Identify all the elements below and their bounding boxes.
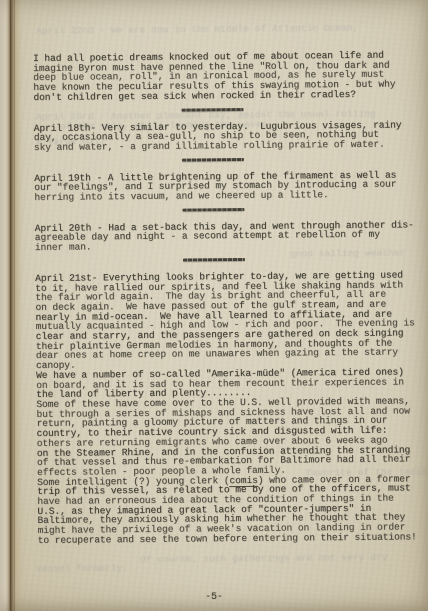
typed-divider-rule [182, 208, 244, 212]
binding-crease [14, 0, 15, 611]
ghost-bleedthrough-line: Of course, such gatherings are not very … [140, 553, 388, 565]
book-binding-edge [0, 0, 22, 611]
text-segment: ) who came over on a former [258, 473, 411, 485]
scanned-diary-page: April 22nd - We are now in the middle of… [0, 0, 428, 611]
typed-divider-rule [182, 107, 244, 111]
typed-divider-rule [183, 258, 245, 262]
diary-paragraph: April 21st- Everything looks brighter to… [35, 270, 428, 545]
binding-crease [10, 0, 11, 611]
typed-line: herring into its vacuum, and we cheered … [34, 189, 424, 202]
underlined-word: comis [229, 474, 257, 486]
diary-paragraph: April 20th - Had a set-back this day, an… [35, 220, 425, 253]
diary-paragraph: April 18th- Very similar to yesterday. L… [34, 120, 424, 153]
diary-paragraph: April 19th - A little brightening up of … [34, 170, 424, 203]
typed-divider-rule [182, 158, 244, 162]
typed-line: sky and water, - a grand illimitable rol… [34, 139, 424, 152]
diary-paragraph: I had all poetic dreams knocked out of m… [33, 50, 423, 102]
ghost-bleedthrough-line: vessel formerly. [36, 564, 128, 575]
typed-text: I had all poetic dreams knocked out of m… [33, 50, 428, 545]
ghost-bleedthrough-line: April 22nd - We are now in the middle of… [36, 23, 358, 36]
page-number: -5- [0, 591, 428, 602]
text-segment: Some intelligent (?) young clerk ( [37, 475, 229, 488]
